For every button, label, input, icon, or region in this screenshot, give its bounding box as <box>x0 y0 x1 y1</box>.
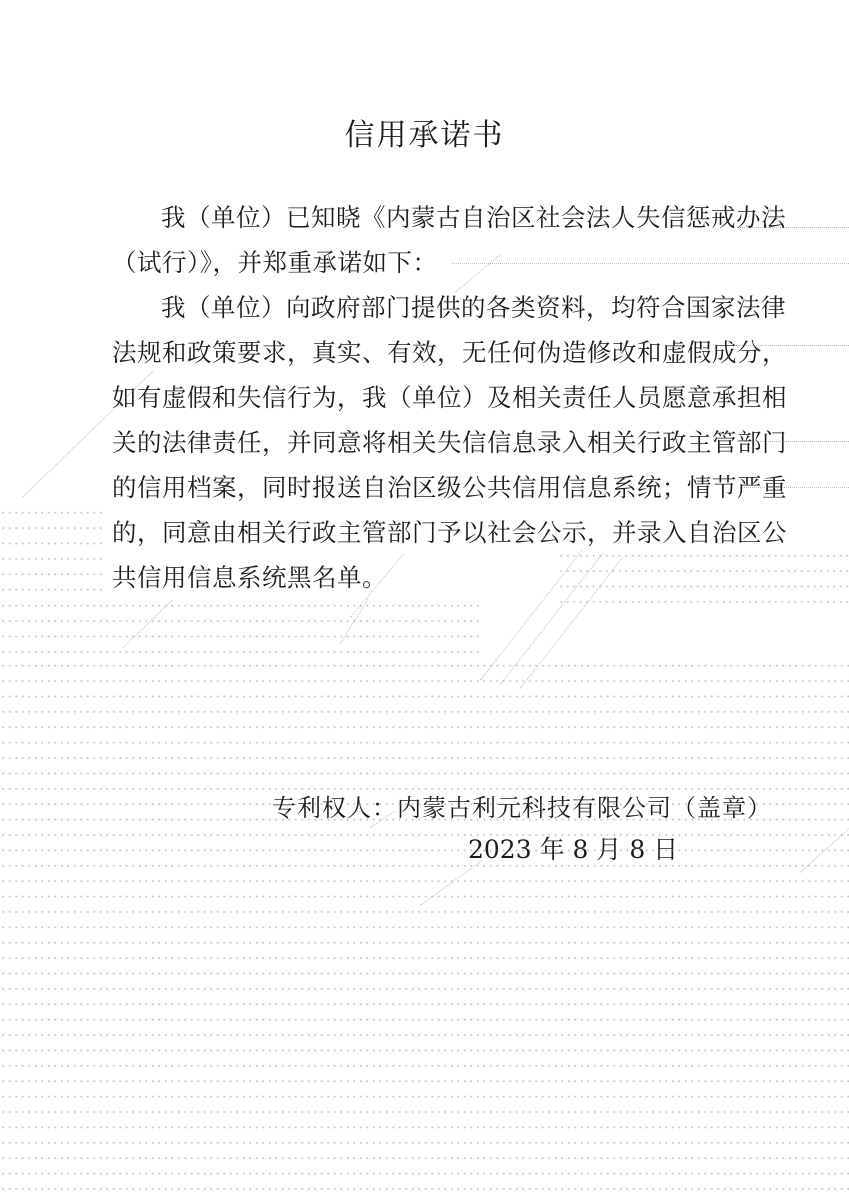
paragraph-2: 我（单位）向政府部门提供的各类资料，均符合国家法律 法规和政策要求，真实、有效，… <box>112 286 742 601</box>
scan-artifact-dot-rows <box>0 505 105 600</box>
scan-artifact-diagonal <box>340 599 368 644</box>
scan-artifact-diagonal <box>800 826 849 872</box>
signature-date: 2023 年 8 月 8 日 <box>468 830 678 866</box>
paragraph-line: 共信用信息系统黑名单。 <box>112 556 742 601</box>
paragraph-1: 我（单位）已知晓《内蒙古自治区社会法人失信惩戒办法 （试行）》，并郑重承诺如下： <box>112 196 742 286</box>
document-title: 信用承诺书 <box>0 110 849 154</box>
paragraph-line: 我（单位）已知晓《内蒙古自治区社会法人失信惩戒办法 <box>112 196 742 241</box>
scan-artifact-diagonal <box>123 600 173 648</box>
scan-artifact-dot-rows <box>0 658 849 1196</box>
paragraph-line: 的信用档案，同时报送自治区级公共信用信息系统；情节严重 <box>112 466 742 511</box>
paragraph-line: 我（单位）向政府部门提供的各类资料，均符合国家法律 <box>112 286 742 331</box>
paragraph-line: 如有虚假和失信行为，我（单位）及相关责任人员愿意承担相 <box>112 376 742 421</box>
paragraph-line: （试行）》，并郑重承诺如下： <box>112 241 742 286</box>
document-page: 信用承诺书 我（单位）已知晓《内蒙古自治区社会法人失信惩戒办法 （试行）》，并郑… <box>0 0 849 1200</box>
scan-artifact-dot-rows <box>0 598 480 660</box>
paragraph-line: 的，同意由相关行政主管部门予以社会公示，并录入自治区公 <box>112 511 742 556</box>
scan-artifact-diagonal <box>420 860 482 905</box>
signature-patent-holder: 专利权人：内蒙古利元科技有限公司（盖章） <box>272 788 772 823</box>
document-body: 我（单位）已知晓《内蒙古自治区社会法人失信惩戒办法 （试行）》，并郑重承诺如下：… <box>112 196 742 601</box>
paragraph-line: 关的法律责任，并同意将相关失信信息录入相关行政主管部门 <box>112 421 742 466</box>
paragraph-line: 法规和政策要求，真实、有效，无任何伪造修改和虚假成分， <box>112 331 742 376</box>
